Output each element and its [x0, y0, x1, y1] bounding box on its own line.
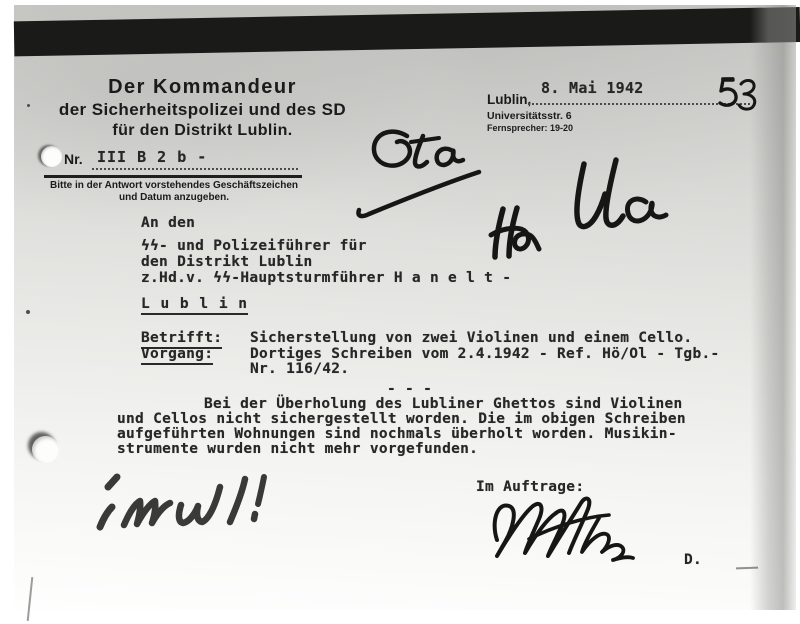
- ref-dotted-line: [92, 168, 298, 170]
- scanned-letter-page: Der Kommandeur der Sicherheitspolizei un…: [0, 0, 800, 624]
- letterhead-title: Der Kommandeur: [40, 76, 365, 99]
- typist-initial: D.: [684, 552, 702, 568]
- hole-punch-top: [41, 146, 62, 167]
- vorgang-label: Vorgang:: [141, 346, 213, 365]
- letterhead-rule: [44, 175, 302, 178]
- handwritten-page-number: [716, 76, 758, 112]
- recipient-city: L u b l i n: [141, 296, 248, 315]
- body-line-3: aufgeführten Wohnungen sind nochmals übe…: [117, 426, 677, 442]
- betrifft-text: Sicherstellung von zwei Violinen und ein…: [250, 330, 692, 346]
- ref-number-value: III B 2 b -: [97, 148, 207, 166]
- hole-punch-bottom: [32, 436, 59, 463]
- handwritten-signature: [483, 492, 668, 570]
- handwritten-initials-ha-small: [486, 206, 544, 262]
- dateline-street: Universitätsstr. 6: [487, 110, 572, 122]
- recipient-line-hanelt: z.Hd.v. ϟϟ-Hauptsturmführer H a n e l t …: [141, 270, 511, 286]
- recipient-line-polizeifuehrer: ϟϟ- und Polizeiführer für: [141, 238, 367, 254]
- vorgang-text-2: Nr. 116/42.: [250, 361, 349, 377]
- letterhead-org: der Sicherheitspolizei und des SD: [40, 100, 365, 120]
- dateline-phone: Fernsprecher: 19-20: [487, 123, 573, 133]
- paper-speck-2: [26, 310, 30, 314]
- paper-speck-1: [27, 104, 30, 107]
- body-line-2: und Cellos nicht sichergestellt worden. …: [117, 411, 686, 427]
- letterhead-note-2: und Datum anzugeben.: [32, 192, 316, 203]
- recipient-line-distrikt: den Distrikt Lublin: [141, 254, 313, 270]
- handwritten-margin-note: [78, 467, 273, 555]
- recipient-an-den: An den: [141, 215, 195, 231]
- handwritten-initials-ha-large: [560, 158, 668, 240]
- dateline-city: Lublin,: [487, 92, 531, 107]
- letterhead-district: für den Distrikt Lublin.: [40, 122, 365, 140]
- body-line-1: Bei der Überholung des Lubliner Ghettos …: [204, 396, 683, 412]
- body-line-4: strumente wurden nicht mehr vorgefunden.: [117, 441, 478, 457]
- separator-dashes: - - -: [387, 381, 432, 397]
- vorgang-text-1: Dortiges Schreiben vom 2.4.1942 - Ref. H…: [250, 346, 720, 362]
- handwritten-initials-sta: [347, 126, 492, 231]
- letterhead-note-1: Bitte in der Antwort vorstehendes Geschä…: [32, 180, 316, 191]
- dateline-date: 8. Mai 1942: [541, 79, 644, 97]
- ref-number-label: Nr.: [64, 151, 83, 167]
